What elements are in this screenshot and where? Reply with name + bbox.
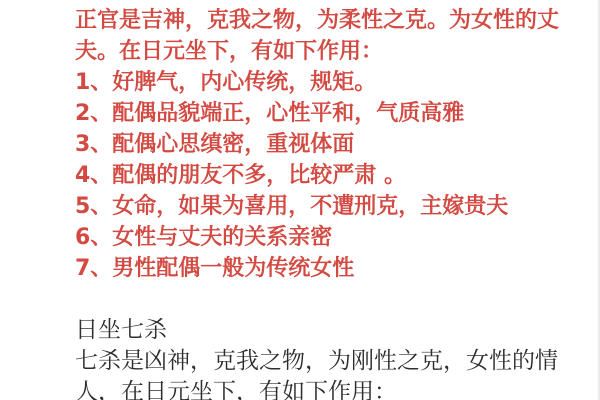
list-item-7: 7、男性配偶一般为传统女性 — [75, 253, 567, 284]
list-item-3: 3、配偶心思缜密，重视体面 — [75, 129, 567, 160]
list-item-5: 5、女命，如果为喜用，不遭刑克，主嫁贵夫 — [75, 191, 567, 222]
section-spacer — [75, 284, 567, 315]
qisha-intro-paragraph: 七杀是凶神，克我之物，为刚性之克，女性的情人，在日元坐下，有如下作用： — [75, 346, 567, 400]
zhengguan-intro-paragraph: 正官是吉神，克我之物，为柔性之克。为女性的丈夫。在日元坐下，有如下作用： — [75, 5, 567, 67]
list-item-6: 6、女性与丈夫的关系亲密 — [75, 222, 567, 253]
qisha-section-title: 日坐七杀 — [75, 315, 567, 346]
list-item-1: 1、好脾气，内心传统，规矩。 — [75, 67, 567, 98]
zhengguan-effects-list: 1、好脾气，内心传统，规矩。 2、配偶品貌端正，心性平和，气质高雅 3、配偶心思… — [75, 67, 567, 284]
list-item-4: 4、配偶的朋友不多，比较严肃 。 — [75, 160, 567, 191]
list-item-2: 2、配偶品貌端正，心性平和，气质高雅 — [75, 98, 567, 129]
article-page: 正官是吉神，克我之物，为柔性之克。为女性的丈夫。在日元坐下，有如下作用： 1、好… — [0, 0, 600, 400]
